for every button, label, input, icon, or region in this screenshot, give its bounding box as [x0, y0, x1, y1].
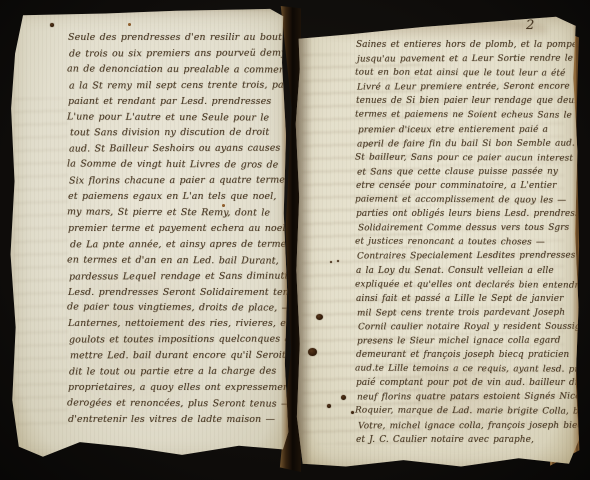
manuscript-line: tout Sans division ny discution de droit	[70, 125, 288, 141]
manuscript-line: Votre, michel ignace colla, françois jos…	[358, 418, 570, 433]
right-page: 2 Saines et entieres hors de plomb, et l…	[294, 14, 582, 472]
left-page: Seule des prendresses d'en resilir au bo…	[6, 8, 290, 464]
manuscript-line: mettre Led. bail durant encore qu'il Ser…	[70, 348, 288, 364]
manuscript-line: presens le Sieur michel ignace colla ega…	[357, 334, 569, 349]
manuscript-line: Seule des prendresses d'en resilir au bo…	[68, 30, 286, 46]
manuscript-line: Six florins chacune a paier a quatre ter…	[69, 173, 287, 190]
ink-showthrough	[14, 98, 68, 428]
manuscript-line: Cornil caulier notaire Royal y resident …	[358, 320, 570, 335]
ink-blot	[327, 404, 331, 408]
manuscript-line: et paiemens egaux en L'an tels que noel,	[68, 189, 286, 205]
manuscript-line: en termes et d'an en an Led. bail Durant…	[67, 252, 285, 269]
page-number: 2	[526, 18, 534, 33]
manuscript-line: ainsi fait et passé a Lille le Sept de j…	[356, 292, 568, 306]
ink-speck	[330, 261, 332, 263]
ink-speck	[50, 23, 54, 27]
manuscript-line: expliquée et qu'elles ont declarés bien …	[355, 277, 567, 292]
left-page-text: Seule des prendresses d'en resilir au bo…	[68, 30, 286, 428]
manuscript-line: Livré a Leur premiere entrée, Seront enc…	[357, 80, 569, 95]
manuscript-line: Lanternes, nettoiement des ries, riviere…	[68, 316, 286, 332]
manuscript-line: Roquier, marque de Lad. marie brigite Co…	[355, 404, 567, 419]
manuscript-line: paiant et rendant par Lesd. prendresses	[68, 94, 286, 110]
manuscript-line: de La pnte année, et ainsy apres de term…	[70, 236, 288, 252]
manuscript-scan: Seule des prendresses d'en resilir au bo…	[0, 0, 590, 480]
manuscript-line: de paier tous vingtiemes, droits de plac…	[67, 300, 285, 317]
manuscript-line: parties ont obligés leurs biens Lesd. pr…	[356, 207, 568, 221]
manuscript-line: Lesd. prendresses Seront Solidairement t…	[68, 285, 286, 301]
manuscript-line: aperil de faire fin du bail Si bon Sembl…	[357, 136, 569, 151]
manuscript-line: dit le tout ou partie etre a la charge d…	[69, 364, 287, 381]
manuscript-line: mil Sept cens trente trois pardevant Jos…	[357, 305, 569, 320]
manuscript-line: goulots et toutes impositions quelconque…	[69, 332, 287, 349]
manuscript-line: jusqu'au pavement et a Leur Sortie rendr…	[357, 52, 569, 67]
manuscript-line: et J. C. Caulier notaire avec paraphe,	[356, 433, 568, 447]
manuscript-line: my mars, St pierre et Ste Remy, dont le	[67, 204, 285, 221]
manuscript-line: paiement et accomplissement de quoy les …	[355, 192, 567, 207]
manuscript-line: aud. St Bailleur Seshoirs ou ayans cause…	[69, 141, 287, 158]
manuscript-line: proprietaires, a quoy elles ont expresse…	[68, 380, 286, 396]
manuscript-line: derogées et renoncées, plus Seront tenus…	[67, 395, 285, 412]
manuscript-line: a la St remy mil sept cens trente trois,…	[69, 77, 287, 94]
manuscript-line: an de denonciation au prealable a commen…	[67, 61, 285, 78]
manuscript-line: pardessus Lequel rendage et Sans diminut…	[69, 268, 287, 285]
ink-blot	[341, 395, 346, 400]
manuscript-line: de trois ou six premiers ans pourveü dem…	[69, 45, 287, 62]
manuscript-line: demeurant et françois joseph biecq prati…	[356, 348, 568, 362]
manuscript-line: paié comptant pour pot de vin aud. baill…	[356, 376, 568, 390]
ink-blot	[351, 411, 354, 414]
right-page-text: Saines et entieres hors de plomb, et la …	[356, 38, 568, 447]
manuscript-line: tout en bon etat ainsi que le tout leur …	[355, 66, 567, 81]
manuscript-line: et Sans que cette clause puisse passée n…	[357, 164, 569, 179]
manuscript-line: etre censée pour comminatoire, a L'entie…	[356, 179, 568, 193]
manuscript-line: Contraires Specialement Lesdites prendre…	[357, 249, 569, 264]
manuscript-line: premier d'iceux etre entierement paié a	[358, 122, 570, 137]
manuscript-line: la Somme de vingt huit Livres de gros de	[67, 157, 285, 174]
ink-speck	[337, 260, 339, 262]
manuscript-line: premier terme et payement echera au noel	[68, 221, 286, 237]
manuscript-line: termes et paiemens ne Soient echeus Sans…	[355, 108, 567, 123]
manuscript-line: Solidairement Comme dessus vers tous Sgr…	[358, 221, 570, 236]
manuscript-line: aud.te Lille temoins a ce requis, ayant …	[355, 362, 567, 377]
manuscript-line: d'entretenir les vitres de ladte maison …	[68, 412, 286, 428]
manuscript-line: St bailleur, Sans pour ce paier aucun in…	[355, 150, 567, 165]
manuscript-line: a la Loy du Senat. Consult velleian a el…	[356, 264, 568, 278]
manuscript-line: et justices renoncant a toutes choses —	[355, 235, 567, 250]
manuscript-line: tenues de Si bien paier leur rendage que…	[356, 94, 568, 108]
ink-blot	[316, 314, 323, 320]
ink-blot	[308, 348, 317, 356]
rust-speck	[128, 23, 131, 26]
manuscript-line: Saines et entieres hors de plomb, et la …	[356, 38, 568, 52]
manuscript-line: L'une pour L'autre et une Seule pour le	[67, 109, 285, 126]
